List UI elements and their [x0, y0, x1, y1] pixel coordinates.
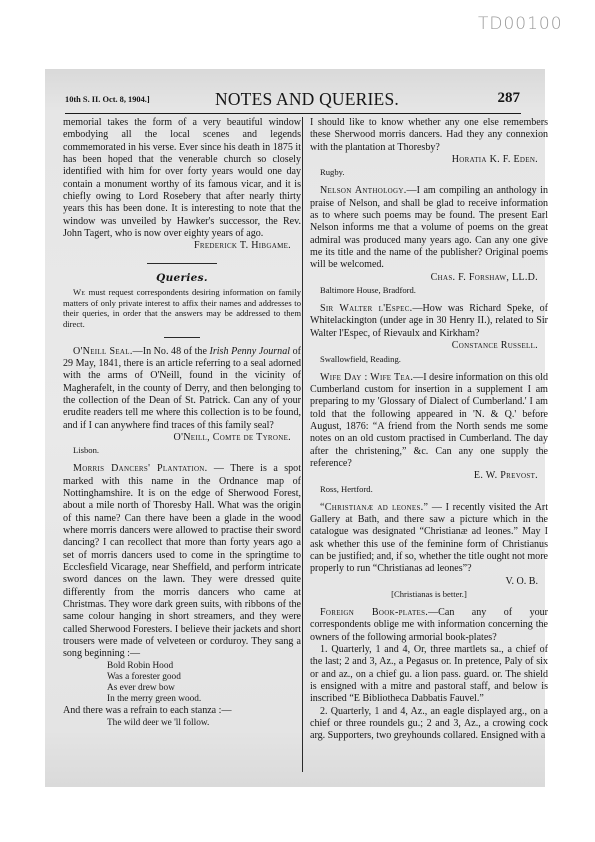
place: Baltimore House, Bradford.	[310, 284, 548, 296]
refrain-intro: And there was a refrain to each stanza :…	[63, 705, 301, 717]
place: Lisbon.	[63, 444, 301, 456]
query-title: “Christianæ ad leones.”	[320, 502, 428, 513]
notice-lead: We	[73, 287, 85, 297]
issue-date: 10th S. II. Oct. 8, 1904.]	[65, 95, 150, 104]
section-divider	[164, 337, 200, 338]
refrain: The wild deer we 'll follow.	[63, 717, 301, 729]
signature: O'Neill, Comte de Tyrone.	[63, 432, 301, 444]
query-title: Morris Dancers' Plantation.	[73, 463, 207, 474]
query-title: Nelson Anthology.	[320, 185, 407, 196]
place: Rugby.	[310, 166, 548, 178]
verse-line: Bold Robin Hood	[107, 661, 301, 672]
query-christianae: “Christianæ ad leones.” — I recently vis…	[310, 502, 548, 600]
query-title: Wife Day : Wife Tea.	[320, 372, 413, 383]
bookplate-item: 2. Quarterly, 1 and 4, Az., an eagle dis…	[310, 706, 548, 743]
running-head: 10th S. II. Oct. 8, 1904.] NOTES AND QUE…	[65, 87, 520, 111]
query-title: Sir Walter l'Espec.	[320, 303, 413, 314]
signature: V. O. B.	[310, 576, 548, 588]
section-heading: Queries.	[63, 272, 301, 284]
archive-stamp: TD00100	[478, 14, 563, 34]
continued-paragraph: memorial takes the form of a very beauti…	[63, 117, 301, 240]
journal-name: Irish Penny Journal	[210, 346, 291, 357]
place: Ross, Hertford.	[310, 483, 548, 495]
signature: Horatia K. F. Eden.	[310, 154, 548, 166]
query-title: O'Neill Seal.	[73, 346, 133, 357]
verse-line: Was a forester good	[107, 672, 301, 683]
query-walter-lespec: Sir Walter l'Espec.—How was Richard Spek…	[310, 303, 548, 364]
page-number: 287	[498, 90, 521, 107]
query-oneill-seal: O'Neill Seal.—In No. 48 of the Irish Pen…	[63, 346, 301, 457]
query-wife-day: Wife Day : Wife Tea.—I desire informatio…	[310, 372, 548, 495]
query-text: — There is a spot marked with this name …	[63, 463, 301, 659]
notice-text: must request correspondents desiring inf…	[63, 287, 301, 329]
journal-title: NOTES AND QUERIES.	[215, 89, 399, 110]
signature: E. W. Prevost.	[310, 470, 548, 482]
signature: Chas. F. Forshaw, LL.D.	[310, 272, 548, 284]
editorial-note: [Christianas is better.]	[310, 588, 548, 600]
query-title: Foreign Book-plates.	[320, 607, 428, 618]
verse-line: In the merry green wood.	[107, 694, 301, 705]
signature: Constance Russell.	[310, 340, 548, 352]
query-text: of 29 May, 1841, there is an article ref…	[63, 346, 301, 431]
query-morris-dancers: Morris Dancers' Plantation. — There is a…	[63, 463, 301, 729]
query-text: —I am compiling an anthology in praise o…	[310, 185, 548, 270]
verse-line: As ever drew bow	[107, 683, 301, 694]
right-column: I should like to know whether any one el…	[310, 117, 548, 743]
header-rule	[65, 113, 521, 114]
bookplate-item: 1. Quarterly, 1 and 4, Or, three martlet…	[310, 644, 548, 706]
place: Swallowfield, Reading.	[310, 353, 548, 365]
column-divider	[302, 117, 303, 772]
continued-text: I should like to know whether any one el…	[310, 117, 548, 154]
signature: Frederick T. Hibgame.	[63, 240, 301, 252]
query-text: —I desire information on this old Cumber…	[310, 372, 548, 469]
query-foreign-bookplates: Foreign Book-plates.—Can any of your cor…	[310, 607, 548, 743]
editorial-notice: We must request correspondents desiring …	[63, 287, 301, 329]
verse: Bold Robin Hood Was a forester good As e…	[63, 661, 301, 705]
query-text: —In No. 48 of the	[133, 346, 210, 357]
left-column: memorial takes the form of a very beauti…	[63, 117, 301, 729]
scanned-page: 10th S. II. Oct. 8, 1904.] NOTES AND QUE…	[45, 69, 545, 787]
query-nelson-anthology: Nelson Anthology.—I am compiling an anth…	[310, 185, 548, 296]
section-divider	[147, 263, 217, 264]
